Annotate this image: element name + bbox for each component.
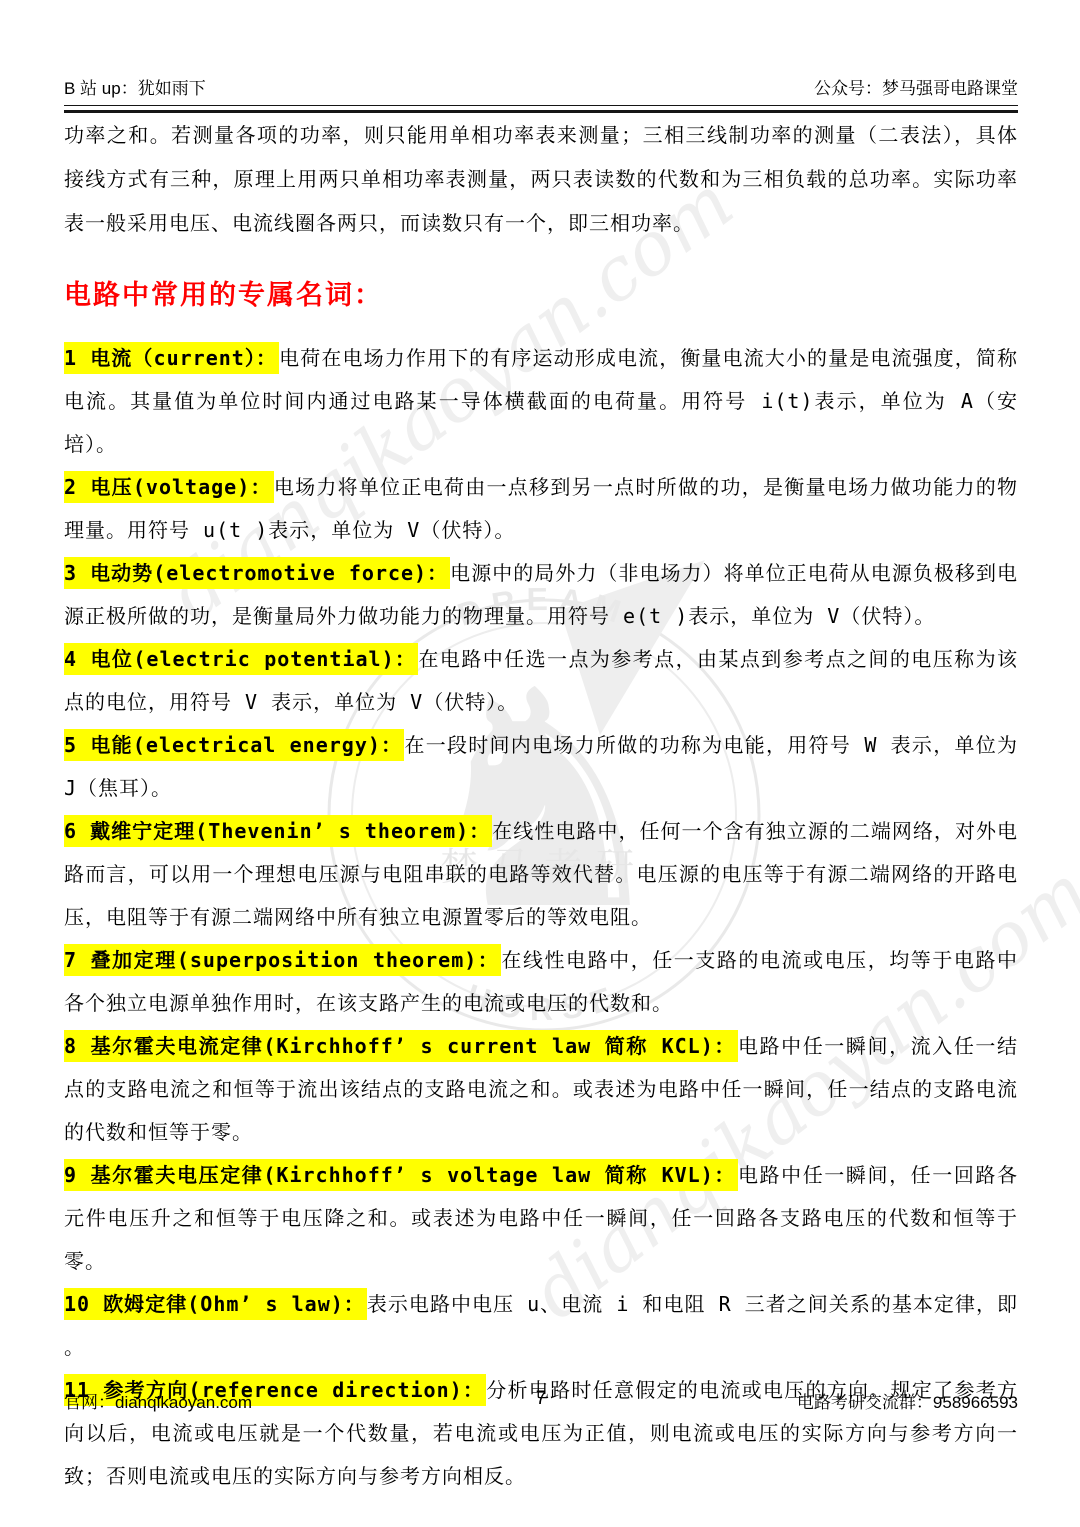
header-left-text: B 站 up：犹如雨下	[64, 78, 206, 100]
document-page: ♞ 梦马考研 DREAM HORSE dianqikaoyan.com dian…	[0, 0, 1080, 1527]
term-item-9: 9 基尔霍夫电压定律(Kirchhoff’ s voltage law 简称 K…	[64, 1154, 1018, 1283]
intro-paragraph: 功率之和。若测量各项的功率，则只能用单相功率表来测量；三相三线制功率的测量（二表…	[64, 113, 1018, 245]
term-label: 6 戴维宁定理(Thevenin’ s theorem)：	[64, 815, 492, 847]
terms-list: 1 电流（current）：电荷在电场力作用下的有序运动形成电流，衡量电流大小的…	[64, 337, 1018, 1498]
term-label: 2 电压(voltage)：	[64, 471, 274, 503]
term-label: 8 基尔霍夫电流定律(Kirchhoff’ s current law 简称 K…	[64, 1030, 738, 1062]
term-label: 4 电位(electric potential)：	[64, 643, 418, 675]
term-item-8: 8 基尔霍夫电流定律(Kirchhoff’ s current law 简称 K…	[64, 1025, 1018, 1154]
footer-website-text: 官网：dianqikaoyan.com	[64, 1388, 252, 1413]
footer-group-text: 电路考研交流群：958966593	[797, 1388, 1018, 1413]
term-label: 1 电流（current）：	[64, 342, 279, 374]
term-label: 3 电动势(electromotive force)：	[64, 557, 450, 589]
term-item-5: 5 电能(electrical energy)：在一段时间内电场力所做的功称为电…	[64, 724, 1018, 810]
page-footer: 7 官网：dianqikaoyan.com 电路考研交流群：958966593	[64, 1388, 1018, 1413]
term-label: 7 叠加定理(superposition theorem)：	[64, 944, 501, 976]
term-label: 5 电能(electrical energy)：	[64, 729, 404, 761]
term-label: 10 欧姆定律(Ohm’ s law)：	[64, 1288, 367, 1320]
page-content: B 站 up：犹如雨下 公众号：梦马强哥电路课堂 功率之和。若测量各项的功率，则…	[0, 0, 1080, 1498]
page-header: B 站 up：犹如雨下 公众号：梦马强哥电路课堂	[64, 78, 1018, 100]
term-label: 9 基尔霍夫电压定律(Kirchhoff’ s voltage law 简称 K…	[64, 1159, 738, 1191]
term-item-3: 3 电动势(electromotive force)：电源中的局外力（非电场力）…	[64, 552, 1018, 638]
header-right-text: 公众号：梦马强哥电路课堂	[814, 78, 1018, 100]
section-title: 电路中常用的专属名词：	[64, 281, 1018, 311]
term-item-2: 2 电压(voltage)：电场力将单位正电荷由一点移到另一点时所做的功，是衡量…	[64, 466, 1018, 552]
term-item-10: 10 欧姆定律(Ohm’ s law)：表示电路中电压 u、电流 i 和电阻 R…	[64, 1283, 1018, 1369]
term-item-1: 1 电流（current）：电荷在电场力作用下的有序运动形成电流，衡量电流大小的…	[64, 337, 1018, 466]
header-divider	[64, 105, 1018, 113]
term-item-6: 6 戴维宁定理(Thevenin’ s theorem)：在线性电路中，任何一个…	[64, 810, 1018, 939]
term-item-7: 7 叠加定理(superposition theorem)：在线性电路中，任一支…	[64, 939, 1018, 1025]
term-item-4: 4 电位(electric potential)：在电路中任选一点为参考点，由某…	[64, 638, 1018, 724]
